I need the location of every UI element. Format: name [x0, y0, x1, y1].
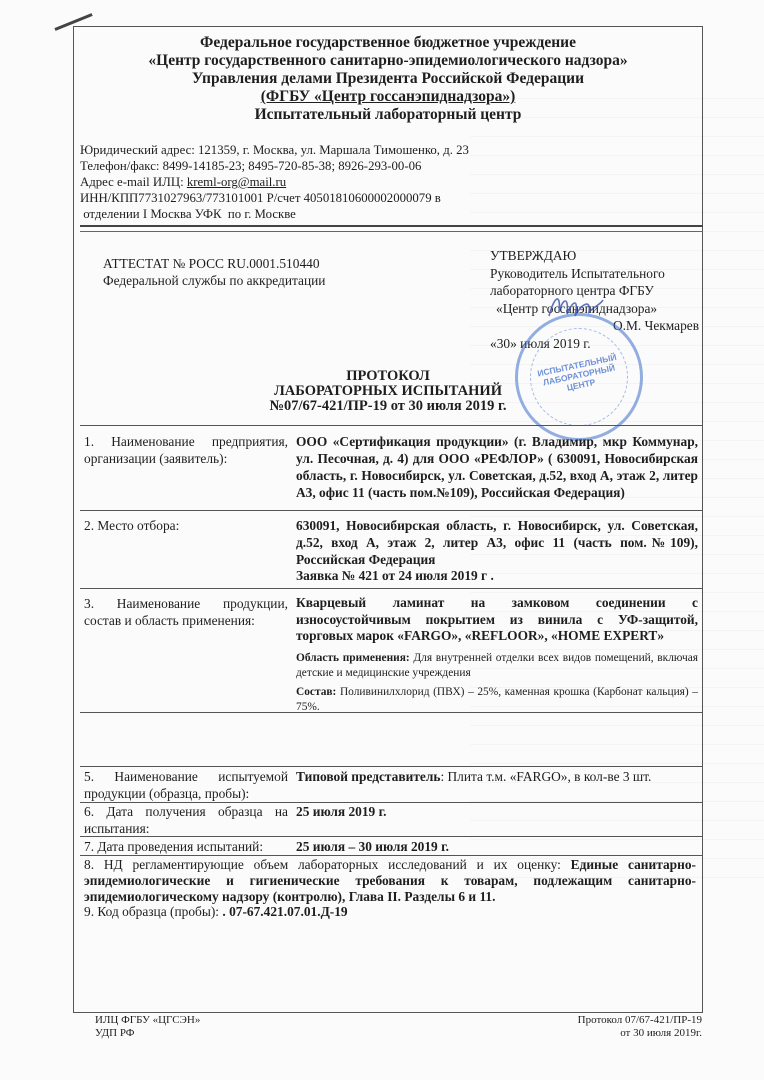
protocol-details-table: 1. Наименование предприятия, организации…: [80, 425, 703, 916]
organization-header: Федеральное государственное бюджетное уч…: [73, 34, 703, 124]
accreditation-authority: Федеральной службы по аккредитации: [103, 272, 325, 289]
footer-dept: УДП РФ: [95, 1027, 200, 1040]
product-value: Кварцевый ламинат на замковом соединении…: [296, 595, 698, 645]
test-dates-label: 7. Дата проведения испытаний:: [84, 838, 304, 855]
approval-line-1: Руководитель Испытательного: [490, 265, 699, 283]
composition-label: Состав:: [296, 686, 336, 698]
sample-name-value: Типовой представитель: Плита т.м. «FARGO…: [296, 768, 698, 785]
applicant-label: 1. Наименование предприятия, организации…: [84, 433, 288, 467]
table-row-empty: [80, 713, 703, 767]
composition-value: Поливинилхлорид (ПВХ) – 25%, каменная кр…: [296, 686, 698, 713]
protocol-number: №07/67-421/ПР-19 от 30 июля 2019 г.: [73, 399, 703, 414]
header-divider: [80, 225, 703, 232]
contact-block: Юридический адрес: 121359, г. Москва, ул…: [80, 142, 469, 222]
table-row-test-dates: 7. Дата проведения испытаний: 25 июля – …: [80, 837, 703, 856]
regulations-text: 8. НД регламентирующие объем лабораторны…: [84, 857, 696, 905]
phone-fax: Телефон/факс: 8499-14185-23; 8495-720-85…: [80, 158, 469, 174]
protocol-title: ПРОТОКОЛ ЛАБОРАТОРНЫХ ИСПЫТАНИЙ №07/67-4…: [73, 369, 703, 414]
protocol-subheading: ЛАБОРАТОРНЫХ ИСПЫТАНИЙ: [73, 384, 703, 399]
bank-details-line-2: отделении I Москва УФК по г. Москве: [80, 206, 469, 222]
composition-line: Состав: Поливинилхлорид (ПВХ) – 25%, кам…: [296, 685, 698, 715]
email-label: Адрес e-mail ИЛЦ:: [80, 175, 187, 189]
product-label: 3. Наименование продукции, состав и обла…: [84, 595, 288, 629]
protocol-heading: ПРОТОКОЛ: [73, 369, 703, 384]
footer-org: ИЛЦ ФГБУ «ЦГСЭН»: [95, 1014, 200, 1027]
sample-name-bold: Типовой представитель: [296, 769, 440, 784]
accreditation-number: АТТЕСТАТ № РОСС RU.0001.510440: [103, 255, 325, 272]
request-number: Заявка № 421 от 24 июля 2019 г .: [296, 567, 698, 584]
accreditation-block: АТТЕСТАТ № РОСС RU.0001.510440 Федеральн…: [103, 255, 325, 289]
legal-address: Юридический адрес: 121359, г. Москва, ул…: [80, 142, 469, 158]
scope-line: Область применения: Для внутренней отдел…: [296, 651, 698, 681]
table-row-applicant: 1. Наименование предприятия, организации…: [80, 425, 703, 511]
sampling-place-label: 2. Место отбора:: [84, 517, 288, 534]
sample-code-line: 9. Код образца (пробы): . 07-67.421.07.0…: [84, 903, 696, 920]
header-line-4: (ФГБУ «Центр госсанэпиднадзора»): [73, 88, 703, 106]
bank-details-line-1: ИНН/КПП7731027963/773101001 Р/счет 40501…: [80, 190, 469, 206]
scope-label: Область применения:: [296, 652, 410, 664]
regulations-prefix: 8. НД регламентирующие объем лабораторны…: [84, 857, 571, 872]
receipt-date-value: 25 июля 2019 г.: [296, 803, 698, 820]
table-row-sampling-place: 2. Место отбора: 630091, Новосибирская о…: [80, 511, 703, 589]
table-row-sample-name: 5. Наименование испытуемой продукции (об…: [80, 767, 703, 803]
sample-name-label: 5. Наименование испытуемой продукции (об…: [84, 768, 288, 802]
header-line-2: «Центр государственного санитарно-эпидем…: [73, 52, 703, 70]
sample-name-rest: : Плита т.м. «FARGO», в кол-ве 3 шт.: [440, 769, 651, 784]
table-row-product: 3. Наименование продукции, состав и обла…: [80, 589, 703, 713]
sample-code-label: 9. Код образца (пробы):: [84, 904, 222, 919]
footer-right: Протокол 07/67-421/ПР-19 от 30 июля 2019…: [578, 1014, 702, 1040]
sampling-place-value: 630091, Новосибирская область, г. Новоси…: [296, 517, 698, 568]
applicant-value: ООО «Сертификация продукции» (г. Владими…: [296, 433, 698, 501]
email-link[interactable]: kreml-org@mail.ru: [187, 175, 286, 189]
sample-code-value: . 07-67.421.07.01.Д-19: [222, 904, 347, 919]
header-line-3: Управления делами Президента Российской …: [73, 70, 703, 88]
header-line-1: Федеральное государственное бюджетное уч…: [73, 34, 703, 52]
table-row-receipt-date: 6. Дата получения образца на испытания: …: [80, 803, 703, 837]
footer-protocol-date: от 30 июля 2019г.: [578, 1027, 702, 1040]
table-row-regulations: 8. НД регламентирующие объем лабораторны…: [80, 856, 703, 916]
email-line: Адрес e-mail ИЛЦ: kreml-org@mail.ru: [80, 174, 469, 190]
footer-protocol-number: Протокол 07/67-421/ПР-19: [578, 1014, 702, 1027]
approval-title: УТВЕРЖДАЮ: [490, 247, 699, 265]
header-line-5: Испытательный лабораторный центр: [73, 106, 703, 124]
footer-left: ИЛЦ ФГБУ «ЦГСЭН» УДП РФ: [95, 1014, 200, 1040]
receipt-date-label: 6. Дата получения образца на испытания:: [84, 803, 288, 837]
test-dates-value: 25 июля – 30 июля 2019 г.: [296, 838, 698, 855]
